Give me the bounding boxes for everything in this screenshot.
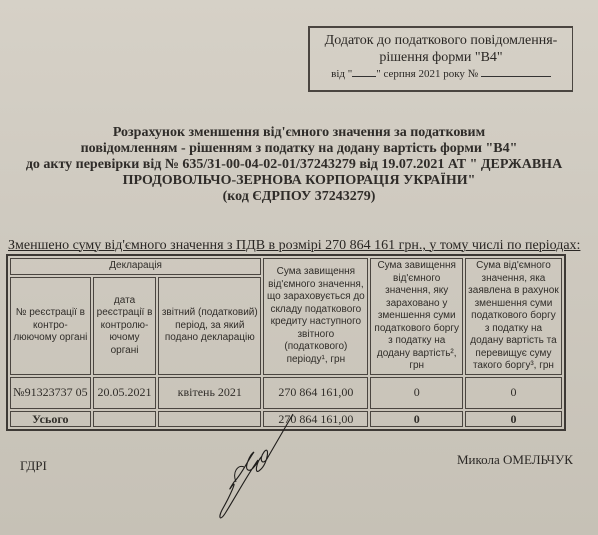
col-header-reg-number: № реєстрації в контро-люючому органі (10, 277, 91, 374)
col-header-offset-debt: Сума завищення від'ємного значення, яку … (370, 258, 462, 375)
stamp-number-blank (481, 76, 551, 77)
total-exceeds-debt: 0 (465, 411, 562, 428)
authority-label: ГДРІ (20, 458, 47, 474)
col-header-exceeds-debt: Сума від'ємного значення, яка заявлена в… (465, 258, 562, 375)
col-header-overstated-credit: Сума завищення від'ємного значення, що з… (263, 258, 368, 375)
title-line-5: (код ЄДРПОУ 37243279) (0, 189, 598, 205)
title-line-3: до акту перевірки від № 635/31-00-04-02-… (0, 157, 598, 173)
reduction-table: Декларація Сума завищення від'ємного зна… (6, 254, 566, 431)
intro-text: Зменшено суму від'ємного значення з ПДВ … (8, 238, 580, 254)
col-header-reg-date: дата реєстрації в контролю-ючому органі (93, 277, 157, 374)
stamp-day-blank (352, 76, 376, 77)
title-line-4: ПРОДОВОЛЬЧО-ЗЕРНОВА КОРПОРАЦІЯ УКРАЇНИ" (0, 173, 598, 189)
total-label: Усього (10, 411, 91, 428)
declaration-group-header: Декларація (10, 258, 261, 275)
cell-overstated-credit: 270 864 161,00 (263, 377, 368, 409)
col-header-period: звітний (податковий) період, за який под… (158, 277, 261, 374)
document-title: Розрахунок зменшення від'ємного значення… (0, 125, 598, 205)
cell-reg-date: 20.05.2021 (93, 377, 157, 409)
handwritten-signature (208, 412, 318, 527)
stamp-date-middle: " серпня 2021 року № (376, 68, 478, 80)
cell-reg-number: №91323737 05 (10, 377, 91, 409)
table-row: №91323737 05 20.05.2021 квітень 2021 270… (10, 377, 562, 409)
cell-period: квітень 2021 (158, 377, 261, 409)
total-offset-debt: 0 (370, 411, 462, 428)
cell-offset-debt: 0 (370, 377, 462, 409)
signer-name: Микола ОМЕЛЬЧУК (457, 452, 573, 468)
total-empty-1 (93, 411, 157, 428)
stamp-line-2: рішення форми "В4" (310, 49, 572, 66)
stamp-line-1: Додаток до податкового повідомлення- (310, 32, 572, 49)
title-line-1: Розрахунок зменшення від'ємного значення… (0, 125, 598, 141)
appendix-stamp: Додаток до податкового повідомлення- ріш… (308, 26, 573, 92)
stamp-date-prefix: від " (331, 68, 352, 80)
cell-exceeds-debt: 0 (465, 377, 562, 409)
title-line-2: повідомленням - рішенням з податку на до… (0, 141, 598, 157)
stamp-line-3: від "" серпня 2021 року № (310, 66, 572, 82)
